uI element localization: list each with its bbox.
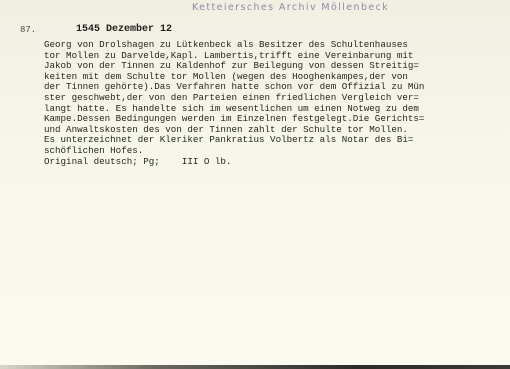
entry-date: 1545 Dezember 12 bbox=[76, 24, 172, 35]
archive-stamp: Ketteiersches Archiv Möllenbeck bbox=[192, 2, 389, 13]
archive-index-card: Ketteiersches Archiv Möllenbeck 87. 1545… bbox=[0, 0, 510, 366]
regest-text: Georg von Drolshagen zu Lütkenbeck als B… bbox=[44, 40, 510, 167]
text-line: Georg von Drolshagen zu Lütkenbeck als B… bbox=[44, 40, 510, 51]
text-line: schöflichen Hofes. bbox=[44, 146, 510, 157]
text-line: ster geschwebt,der von den Parteien eine… bbox=[44, 93, 510, 104]
source-line: Original deutsch; Pg; III O lb. bbox=[44, 157, 510, 168]
entry-number: 87. bbox=[20, 25, 36, 35]
card-bottom-edge bbox=[0, 365, 510, 369]
